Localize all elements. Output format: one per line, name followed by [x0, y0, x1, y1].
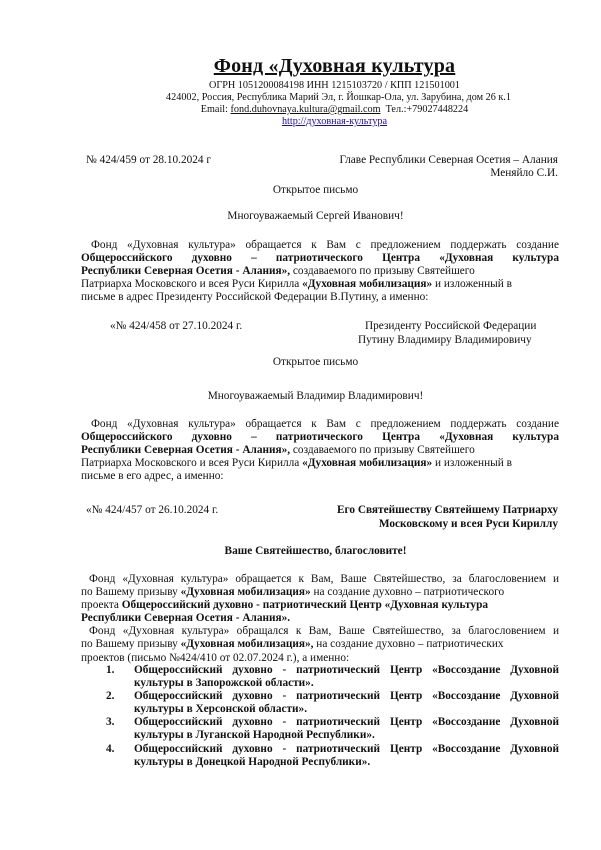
website-line: http://духовная-культура [0, 116, 601, 128]
document-page: Фонд «Духовная культура ОГРН 10512000841… [0, 0, 601, 850]
paragraph-line: Республики Северная Осетия - Алания». [81, 612, 559, 625]
list-item: 4. Общероссийский духовно - патриотическ… [106, 743, 559, 769]
projects-list: 1. Общероссийский духовно - патриотическ… [106, 664, 559, 769]
paragraph-line: по Вашему призыву «Духовная мобилизация»… [81, 586, 559, 599]
paragraph-line: Патриарха Московского и всея Руси Кирилл… [81, 278, 559, 291]
quoted-letter-1-number: «№ 424/458 от 27.10.2024 г. [110, 320, 242, 333]
paragraph-line-bold: Общероссийскогодуховно–патриотическогоЦе… [81, 431, 559, 444]
body-paragraph-1: Фонд «Духовная культура» обращается к Ва… [81, 239, 559, 304]
quoted-letter-2-number: «№ 424/457 от 26.10.2024 г. [86, 504, 218, 517]
quoted-letter-1-recipient-2: Путину Владимиру Владимировичу [358, 334, 532, 347]
phone-number: Тел.:+79027448224 [386, 104, 469, 115]
quoted-letter-2-recipient-1: Его Святейшеству Святейшему Патриарху [337, 504, 558, 517]
paragraph-line: Патриарха Московского и всея Руси Кирилл… [81, 457, 559, 470]
list-item: 2. Общероссийский духовно - патриотическ… [106, 690, 559, 716]
email-label: Email: [201, 104, 228, 115]
quoted-letter-1-recipient-1: Президенту Российской Федерации [365, 320, 536, 333]
recipient-line-1: Главе Республики Северная Осетия – Алани… [339, 154, 558, 167]
list-item: 1. Общероссийский духовно - патриотическ… [106, 664, 559, 690]
quoted-letter-2-salutation: Ваше Святейшество, благословите! [0, 545, 601, 558]
contact-line: Email: fond.duhovnaya.kultura@gmail.com … [0, 104, 601, 116]
website-link[interactable]: http://духовная-культура [282, 116, 387, 127]
paragraph-line: Фонд «Духовная культура» обращается к Ва… [81, 573, 559, 586]
paragraph-line: по Вашему призыву «Духовная мобилизация»… [81, 638, 559, 651]
paragraph-line: Фонд «Духовная культура» обращается к Ва… [81, 418, 559, 431]
paragraph-line-bold: Общероссийскогодуховно–патриотическогоЦе… [81, 252, 559, 265]
organization-address: 424002, Россия, Республика Марий Эл, г. … [0, 92, 601, 104]
paragraph-line: Республики Северная Осетия - Алания», со… [81, 444, 559, 457]
registration-numbers: ОГРН 1051200084198 ИНН 1215103720 / КПП … [0, 80, 601, 92]
paragraph-line: Республики Северная Осетия - Алания», со… [81, 265, 559, 278]
paragraph-line: письме в его адрес, а именно: [81, 470, 559, 483]
paragraph-line: письме в адрес Президенту Российской Фед… [81, 291, 559, 304]
quoted-letter-1-type: Открытое письмо [0, 356, 601, 369]
body-paragraph-2: Фонд «Духовная культура» обращается к Ва… [81, 418, 559, 483]
paragraph-line: Фонд «Духовная культура» обращается к Ва… [81, 239, 559, 252]
list-item: 3. Общероссийский духовно - патриотическ… [106, 716, 559, 742]
quoted-letter-2-recipient-2: Московскому и всея Руси Кириллу [379, 518, 558, 531]
letter-type: Открытое письмо [0, 184, 601, 197]
salutation: Многоуважаемый Сергей Иванович! [0, 210, 601, 223]
letter-number: № 424/459 от 28.10.2024 г [86, 154, 211, 167]
organization-title: Фонд «Духовная культура [0, 55, 601, 78]
email-link[interactable]: fond.duhovnaya.kultura@gmail.com [231, 104, 381, 115]
recipient-line-2: Меняйло С.И. [490, 167, 558, 180]
paragraph-line: проектов (письмо №424/410 от 02.07.2024 … [81, 652, 559, 665]
body-paragraph-3: Фонд «Духовная культура» обращается к Ва… [81, 573, 559, 665]
paragraph-line: Фонд «Духовная культура» обращался к Вам… [81, 625, 559, 638]
quoted-letter-1-salutation: Многоуважаемый Владимир Владимирович! [0, 390, 601, 403]
paragraph-line: проекта Общероссийский духовно - патриот… [81, 599, 559, 612]
